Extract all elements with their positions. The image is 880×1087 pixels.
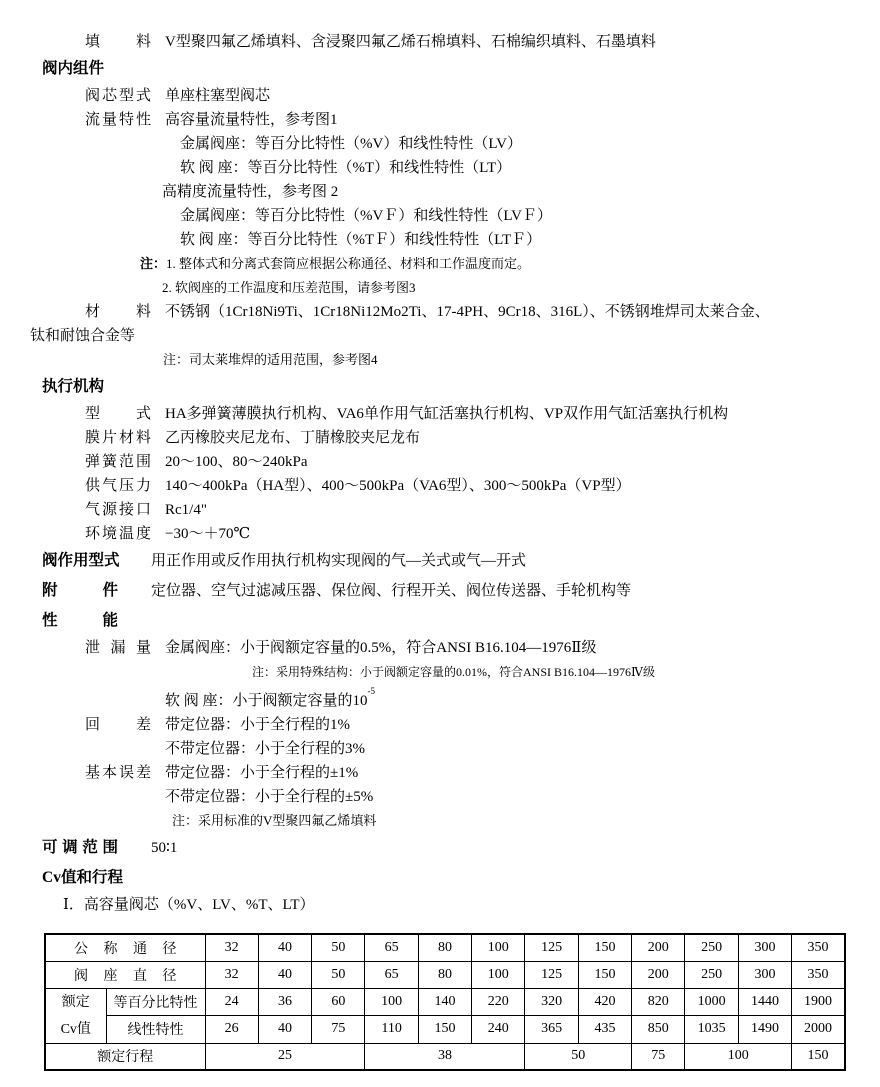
packing-value: V型聚四氟乙烯填料、含浸聚四氟乙烯石棉填料、石棉编织填料、石墨填料 — [165, 34, 656, 50]
rangeability-value: 50∶1 — [151, 840, 177, 856]
table-cell: 50 — [525, 1043, 632, 1070]
rated-cv-label-bottom: Cv值 — [46, 1016, 106, 1043]
table-cell: 24 — [205, 988, 258, 1016]
table-cell: 60 — [312, 988, 365, 1016]
spec-document: { "doc": { "packing": { "label": "填料", "… — [0, 0, 880, 1087]
table-cell: 75 — [632, 1043, 685, 1070]
rated-cv-label-top: 额定 — [46, 989, 106, 1016]
high-precision-flow-line: 高精度流量特性，参考图 2 — [0, 180, 880, 204]
packing-row: 填料V型聚四氟乙烯填料、含浸聚四氟乙烯石棉填料、石棉编织填料、石墨填料 — [0, 30, 880, 54]
table-cell: 32 — [205, 934, 258, 961]
cv-table: 公称通径 3240506580100125150200250300350 阀座直… — [44, 933, 846, 1071]
leakage-soft-text: 软 阀 座：小于阀额定容量的10 — [165, 693, 368, 709]
table-cell: 220 — [472, 988, 525, 1016]
actuator-type-label: 型式 — [85, 402, 151, 426]
hysteresis-no-positioner-line: 不带定位器：小于全行程的3% — [0, 737, 880, 761]
leakage-soft-superscript: -5 — [368, 686, 376, 696]
table-cell: 50 — [312, 934, 365, 961]
performance-heading-label: 性能 — [42, 606, 118, 636]
table-cell: 100 — [472, 961, 525, 988]
table-cell: 200 — [632, 961, 685, 988]
basic-error-note: 注：采用标准的V型聚四氟乙烯填料 — [0, 809, 880, 833]
table-cell: 240 — [472, 1016, 525, 1044]
cv-subheading: Ⅰ．高容量阀芯（%V、LV、%T、LT） — [0, 893, 880, 917]
table-cell: 150 — [578, 934, 631, 961]
table-cell: 850 — [632, 1016, 685, 1044]
plug-type-label: 阀芯型式 — [85, 84, 151, 108]
rated-travel-label: 额定行程 — [45, 1043, 205, 1070]
ambient-temp-row: 环境温度−30～＋70℃ — [0, 522, 880, 546]
table-cell: 80 — [418, 934, 471, 961]
trim-note-line-2: 2. 软阀座的工作温度和压差范围，请参考图3 — [0, 276, 880, 300]
table-cell: 100 — [365, 988, 418, 1016]
basic-error-label: 基本误差 — [85, 761, 151, 785]
hp-metal-seat-line: 金属阀座：等百分比特性（%VＦ）和线性特性（LVＦ） — [0, 204, 880, 228]
table-cell: 1035 — [685, 1016, 738, 1044]
table-cell: 40 — [258, 1016, 311, 1044]
flow-soft-seat-line: 软 阀 座：等百分比特性（%T）和线性特性（LT） — [0, 156, 880, 180]
ambient-temp-label: 环境温度 — [85, 522, 151, 546]
table-cell: 40 — [258, 961, 311, 988]
table-cell: 420 — [578, 988, 631, 1016]
table-cell: 75 — [312, 1016, 365, 1044]
hysteresis-row: 回差带定位器：小于全行程的1% — [0, 713, 880, 737]
spring-range-label: 弹簧范围 — [85, 450, 151, 474]
leakage-value: 金属阀座：小于阀额定容量的0.5%，符合ANSI B16.104—1976Ⅱ级 — [165, 640, 596, 656]
table-cell: 1440 — [738, 988, 791, 1016]
spring-range-row: 弹簧范围20～100、80～240kPa — [0, 450, 880, 474]
leakage-label: 泄漏量 — [85, 636, 151, 660]
table-row-rated-travel: 额定行程 25 38 50 75 100 150 — [45, 1043, 845, 1070]
spec-page: 填料V型聚四氟乙烯填料、含浸聚四氟乙烯石棉填料、石棉编织填料、石墨填料 阀内组件… — [0, 0, 880, 1071]
plug-type-row: 阀芯型式单座柱塞型阀芯 — [0, 84, 880, 108]
spring-range-value: 20～100、80～240kPa — [165, 454, 308, 470]
valve-action-row: 阀作用型式用正作用或反作用执行机构实现阀的气—关式或气—开式 — [0, 546, 880, 576]
table-cell: 100 — [472, 934, 525, 961]
material-label: 材料 — [85, 300, 151, 324]
supply-pressure-label: 供气压力 — [85, 474, 151, 498]
accessories-row: 附件定位器、空气过滤减压器、保位阀、行程开关、阀位传送器、手轮机构等 — [0, 576, 880, 606]
table-cell: 50 — [312, 961, 365, 988]
table-cell: 1900 — [792, 988, 845, 1016]
table-cell: 150 — [792, 1043, 845, 1070]
note-label: 注： — [140, 256, 166, 271]
actuator-heading: 执行机构 — [42, 372, 880, 402]
trim-heading: 阀内组件 — [42, 54, 880, 84]
air-port-row: 气源接口Rc1/4" — [0, 498, 880, 522]
basic-error-value: 带定位器：小于全行程的±1% — [165, 765, 358, 781]
table-cell: 200 — [632, 934, 685, 961]
table-cell: 250 — [685, 934, 738, 961]
accessories-value: 定位器、空气过滤减压器、保位阀、行程开关、阀位传送器、手轮机构等 — [151, 583, 631, 599]
table-cell: 150 — [418, 1016, 471, 1044]
table-cell: 110 — [365, 1016, 418, 1044]
material-note: 注：司太莱堆焊的适用范围，参考图4 — [0, 348, 880, 372]
table-cell: 820 — [632, 988, 685, 1016]
valve-action-label: 阀作用型式 — [42, 546, 118, 576]
diaphragm-row: 膜片材料乙丙橡胶夹尼龙布、丁腈橡胶夹尼龙布 — [0, 426, 880, 450]
table-cell: 350 — [792, 961, 845, 988]
rangeability-label: 可调范围 — [42, 833, 118, 863]
table-cell: 2000 — [792, 1016, 845, 1044]
seat-diameter-label: 阀座直径 — [45, 961, 205, 988]
table-cell: 365 — [525, 1016, 578, 1044]
rated-cv-label: 额定 Cv值 — [45, 988, 106, 1043]
rangeability-row: 可调范围50∶1 — [0, 833, 880, 863]
table-row-seat-diameter: 阀座直径 3240506580100125150200250300350 — [45, 961, 845, 988]
supply-pressure-value: 140～400kPa（HA型）、400～500kPa（VA6型）、300～500… — [165, 478, 631, 494]
table-row-nominal-diameter: 公称通径 3240506580100125150200250300350 — [45, 934, 845, 961]
table-cell: 250 — [685, 961, 738, 988]
table-cell: 32 — [205, 961, 258, 988]
hp-soft-seat-line: 软 阀 座：等百分比特性（%TＦ）和线性特性（LTＦ） — [0, 228, 880, 252]
flow-characteristic-row: 流量特性高容量流量特性，参考图1 — [0, 108, 880, 132]
flow-characteristic-label: 流量特性 — [85, 108, 151, 132]
hysteresis-value: 带定位器：小于全行程的1% — [165, 717, 350, 733]
hysteresis-label: 回差 — [85, 713, 151, 737]
diaphragm-label: 膜片材料 — [85, 426, 151, 450]
table-cell: 350 — [792, 934, 845, 961]
table-cell: 100 — [685, 1043, 792, 1070]
packing-label: 填料 — [85, 30, 151, 54]
flow-characteristic-value: 高容量流量特性，参考图1 — [165, 112, 338, 128]
material-value: 不锈钢（1Cr18Ni9Ti、1Cr18Ni12Mo2Ti、17-4PH、9Cr… — [165, 304, 770, 320]
table-cell: 300 — [738, 934, 791, 961]
performance-heading: 性能 — [0, 606, 880, 636]
table-cell: 300 — [738, 961, 791, 988]
material-continuation: 钛和耐蚀合金等 — [0, 324, 880, 348]
table-cell: 1000 — [685, 988, 738, 1016]
supply-pressure-row: 供气压力140～400kPa（HA型）、400～500kPa（VA6型）、300… — [0, 474, 880, 498]
plug-type-value: 单座柱塞型阀芯 — [165, 88, 270, 104]
table-cell: 435 — [578, 1016, 631, 1044]
air-port-value: Rc1/4" — [165, 502, 207, 518]
nominal-diameter-label: 公称通径 — [45, 934, 205, 961]
table-cell: 150 — [578, 961, 631, 988]
table-cell: 125 — [525, 934, 578, 961]
leakage-note: 注：采用特殊结构：小于阀额定容量的0.01%，符合ANSI B16.104—19… — [0, 660, 880, 684]
cv-heading: Cv值和行程 — [42, 863, 880, 893]
material-row: 材料不锈钢（1Cr18Ni9Ti、1Cr18Ni12Mo2Ti、17-4PH、9… — [0, 300, 880, 324]
actuator-type-row: 型式HA多弹簧薄膜执行机构、VA6单作用气缸活塞执行机构、VP双作用气缸活塞执行… — [0, 402, 880, 426]
table-cell: 1490 — [738, 1016, 791, 1044]
table-cell: 38 — [365, 1043, 525, 1070]
table-cell: 65 — [365, 934, 418, 961]
table-cell: 140 — [418, 988, 471, 1016]
actuator-type-value: HA多弹簧薄膜执行机构、VA6单作用气缸活塞执行机构、VP双作用气缸活塞执行机构 — [165, 406, 728, 422]
table-row-equal-percentage: 额定 Cv值 等百分比特性 24366010014022032042082010… — [45, 988, 845, 1016]
trim-note-line-1: 注：1. 整体式和分离式套筒应根据公称通径、材料和工作温度而定。 — [0, 252, 880, 276]
ambient-temp-value: −30～＋70℃ — [165, 526, 250, 542]
accessories-label: 附件 — [42, 576, 118, 606]
trim-note-1-text: 1. 整体式和分离式套筒应根据公称通径、材料和工作温度而定。 — [166, 256, 530, 271]
basic-error-row: 基本误差带定位器：小于全行程的±1% — [0, 761, 880, 785]
table-cell: 26 — [205, 1016, 258, 1044]
table-cell: 65 — [365, 961, 418, 988]
leakage-row: 泄漏量金属阀座：小于阀额定容量的0.5%，符合ANSI B16.104—1976… — [0, 636, 880, 660]
table-cell: 40 — [258, 934, 311, 961]
diaphragm-value: 乙丙橡胶夹尼龙布、丁腈橡胶夹尼龙布 — [165, 430, 420, 446]
table-row-linear: 线性特性 26407511015024036543585010351490200… — [45, 1016, 845, 1044]
table-cell: 320 — [525, 988, 578, 1016]
equal-percentage-label: 等百分比特性 — [106, 988, 205, 1016]
flow-metal-seat-line: 金属阀座：等百分比特性（%V）和线性特性（LV） — [0, 132, 880, 156]
table-cell: 25 — [205, 1043, 365, 1070]
leakage-soft-seat-line: 软 阀 座：小于阀额定容量的10-5 — [0, 684, 880, 713]
linear-label: 线性特性 — [106, 1016, 205, 1044]
table-cell: 80 — [418, 961, 471, 988]
table-cell: 125 — [525, 961, 578, 988]
table-cell: 36 — [258, 988, 311, 1016]
air-port-label: 气源接口 — [85, 498, 151, 522]
basic-error-no-positioner-line: 不带定位器：小于全行程的±5% — [0, 785, 880, 809]
valve-action-value: 用正作用或反作用执行机构实现阀的气—关式或气—开式 — [151, 553, 526, 569]
